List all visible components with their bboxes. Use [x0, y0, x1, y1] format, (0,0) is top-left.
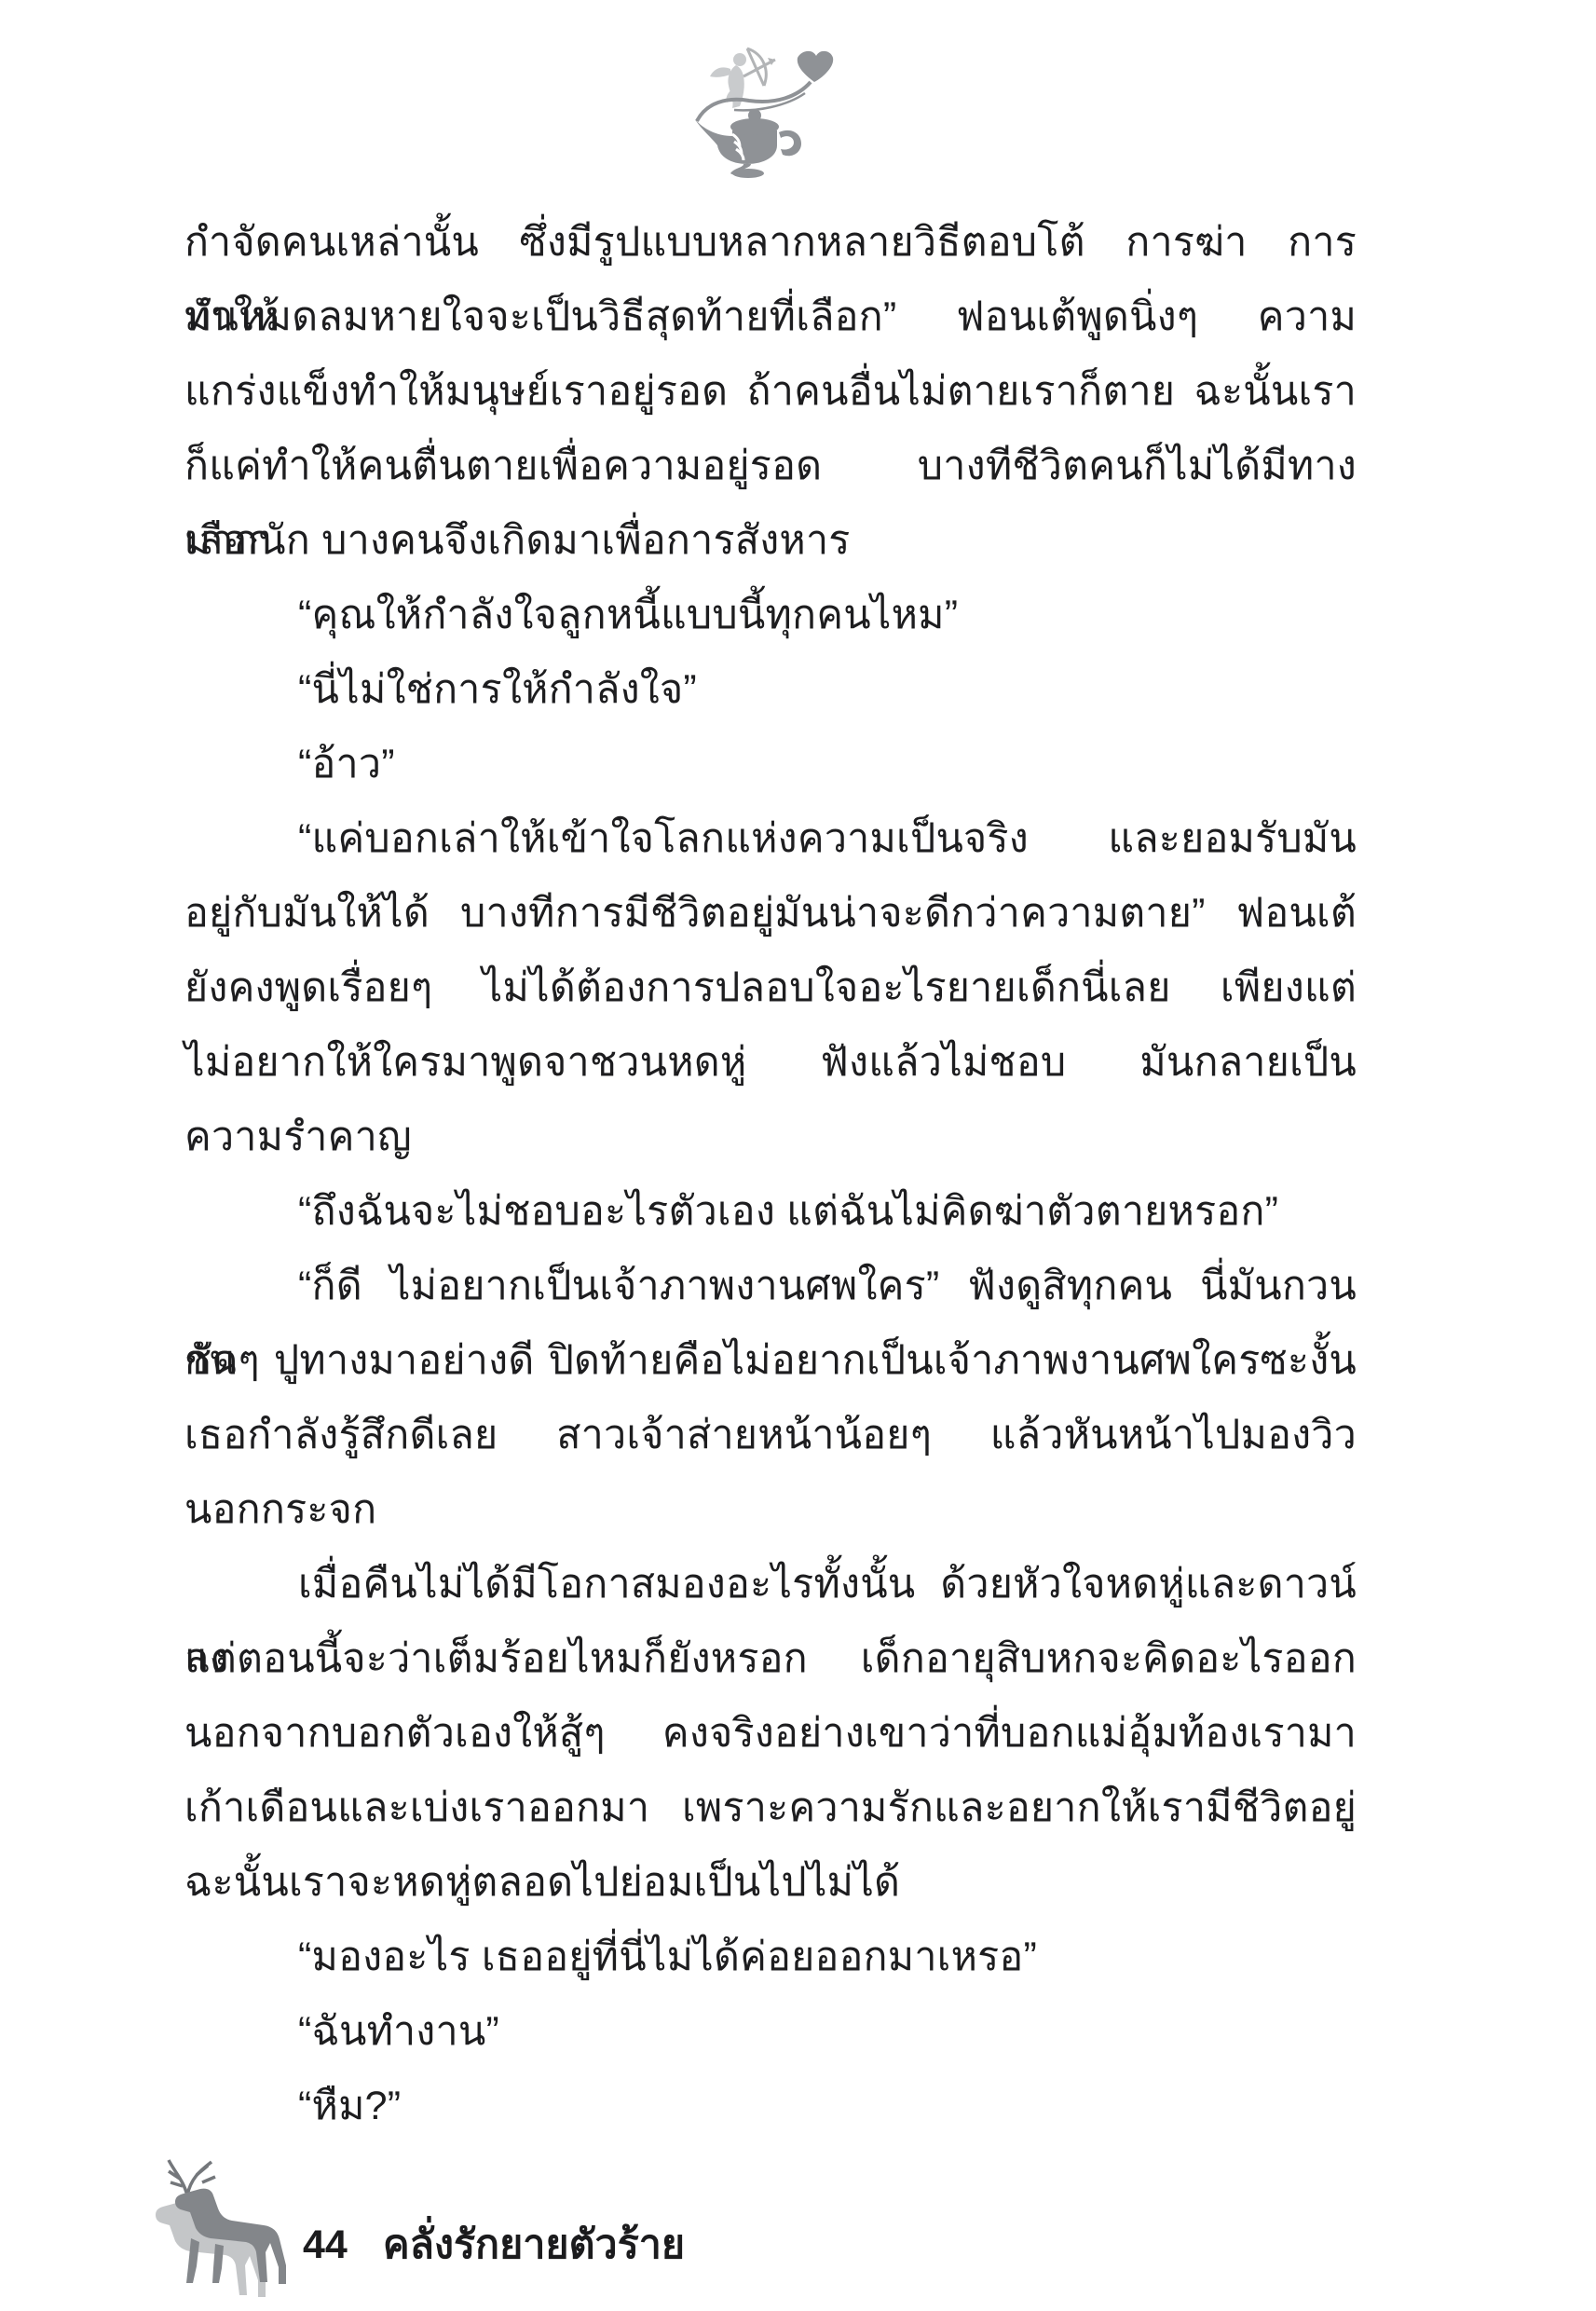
page-footer: 44 คลั่งรักยายตัวร้าย [126, 2154, 964, 2304]
page-number: 44 [303, 2222, 348, 2268]
text-line: “หืม?” [184, 2069, 1357, 2143]
cupid-genie-lamp-icon [678, 45, 846, 180]
text-line: ไม่อยากให้ใครมาพูดจาชวนหดหู่ ฟังแล้วไม่ช… [184, 1025, 1357, 1100]
body-text: กำจัดคนเหล่านั้น ซึ่งมีรูปแบบหลากหลายวิธ… [184, 205, 1357, 2143]
text-line: ความรำคาญ [184, 1100, 1357, 1174]
text-line: “มองอะไร เธออยู่ที่นี่ไม่ได้ค่อยออกมาเหร… [184, 1920, 1357, 1994]
text-line: นอกกระจก [184, 1472, 1357, 1547]
text-line: ฉะนั้นเราจะหดหู่ตลอดไปย่อมเป็นไปไม่ได้ [184, 1845, 1357, 1920]
text-line: เก้าเดือนและเบ่งเราออกมา เพราะความรักและ… [184, 1771, 1357, 1845]
text-line: กำจัดคนเหล่านั้น ซึ่งมีรูปแบบหลากหลายวิธ… [184, 205, 1357, 280]
text-line: แต่ตอนนี้จะว่าเต็มร้อยไหมก็ยังหรอก เด็กอ… [184, 1621, 1357, 1696]
text-line: ก็แค่ทำให้คนตื่นตายเพื่อความอยู่รอด บางท… [184, 429, 1357, 503]
text-line: “ก็ดี ไม่อยากเป็นเจ้าภาพงานศพใคร” ฟังดูส… [184, 1249, 1357, 1323]
text-line: “ฉันทำงาน” [184, 1994, 1357, 2069]
text-line: “อ้าว” [184, 727, 1357, 801]
text-line: เธอกำลังรู้สึกดีเลย สาวเจ้าส่ายหน้าน้อยๆ… [184, 1398, 1357, 1472]
text-line: “ถึงฉันจะไม่ชอบอะไรตัวเอง แต่ฉันไม่คิดฆ่… [184, 1174, 1357, 1249]
text-line: มันหมดลมหายใจจะเป็นวิธีสุดท้ายที่เลือก” … [184, 280, 1357, 354]
text-line: ชัดๆ ปูทางมาอย่างดี ปิดท้ายคือไม่อยากเป็… [184, 1323, 1357, 1398]
text-line: เมื่อคืนไม่ได้มีโอกาสมองอะไรทั้งนั้น ด้ว… [184, 1547, 1357, 1621]
text-line: “แค่บอกเล่าให้เข้าใจโลกแห่งความเป็นจริง … [184, 801, 1357, 876]
text-line: “คุณให้กำลังใจลูกหนี้แบบนี้ทุกคนไหม” [184, 578, 1357, 652]
book-page: กำจัดคนเหล่านั้น ซึ่งมีรูปแบบหลากหลายวิธ… [0, 0, 1596, 2311]
text-line: ยังคงพูดเรื่อยๆ ไม่ได้ต้องการปลอบใจอะไรย… [184, 950, 1357, 1025]
text-line: อยู่กับมันให้ได้ บางทีการมีชีวิตอยู่มันน… [184, 876, 1357, 950]
text-line: มากนัก บางคนจึงเกิดมาเพื่อการสังหาร [184, 503, 1357, 578]
header-ornament [678, 45, 846, 180]
deer-icon [126, 2154, 289, 2299]
text-line: “นี่ไม่ใช่การให้กำลังใจ” [184, 652, 1357, 727]
text-line: แกร่งแข็งทำให้มนุษย์เราอยู่รอด ถ้าคนอื่น… [184, 354, 1357, 429]
book-title: คลั่งรักยายตัวร้าย [383, 2212, 685, 2276]
text-line: นอกจากบอกตัวเองให้สู้ๆ คงจริงอย่างเขาว่า… [184, 1696, 1357, 1771]
